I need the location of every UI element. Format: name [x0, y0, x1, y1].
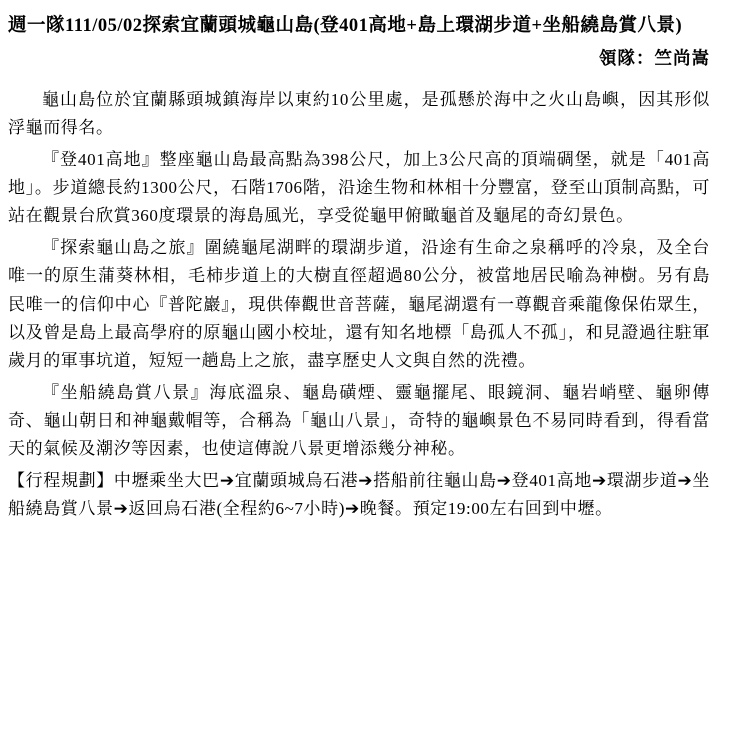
paragraph-eight-views: 『坐船繞島賞八景』海底溫泉、龜島磺煙、靈龜擺尾、眼鏡洞、龜岩峭壁、龜卵傳奇、龜山…: [8, 379, 710, 464]
paragraph-island-intro: 龜山島位於宜蘭縣頭城鎮海岸以東約10公里處，是孤懸於海中之火山島嶼，因其形似浮龜…: [8, 86, 710, 143]
document-title: 週一隊111/05/02探索宜蘭頭城龜山島(登401高地+島上環湖步道+坐船繞島…: [8, 12, 710, 42]
paragraph-itinerary: 【行程規劃】中壢乘坐大巴➔宜蘭頭城烏石港➔搭船前往龜山島➔登401高地➔環湖步道…: [8, 467, 710, 524]
leader-name: 領隊：竺尚嵩: [8, 44, 710, 72]
paragraph-401-highland: 『登401高地』整座龜山島最高點為398公尺，加上3公尺高的頂端碉堡，就是「40…: [8, 146, 710, 231]
paragraph-island-tour: 『探索龜山島之旅』圍繞龜尾湖畔的環湖步道，沿途有生命之泉稱呼的冷泉，及全台唯一的…: [8, 234, 710, 376]
document-page: 週一隊111/05/02探索宜蘭頭城龜山島(登401高地+島上環湖步道+坐船繞島…: [0, 0, 732, 732]
